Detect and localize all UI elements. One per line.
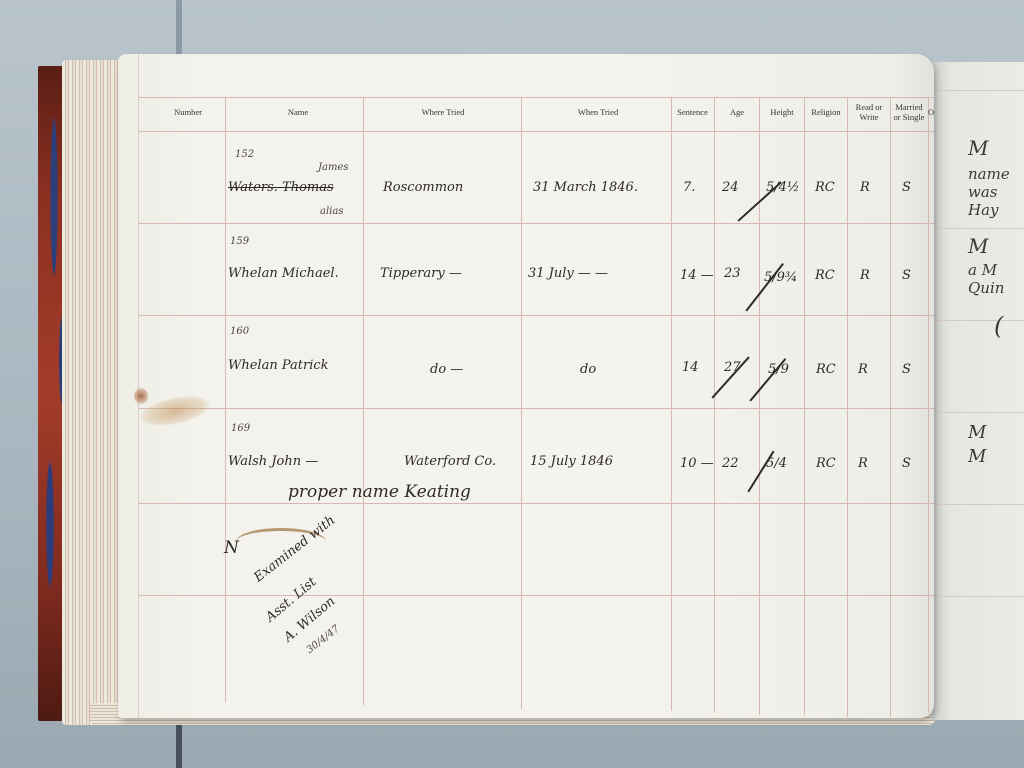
- header-religion: Religion: [805, 107, 847, 117]
- facing-text: M: [968, 140, 988, 157]
- name-correction: James: [318, 162, 349, 173]
- entry-name: Whelan Michael.: [228, 266, 339, 281]
- col-rule: [363, 97, 364, 705]
- entry-read-write: R: [858, 362, 868, 377]
- entry-where-tried: Roscommon: [383, 180, 463, 195]
- facing-rule: [932, 504, 1024, 505]
- entry-name: Walsh John —: [228, 454, 318, 469]
- facing-rule: [932, 90, 1024, 91]
- entry-number: 152: [235, 149, 254, 160]
- entry-religion: RC: [816, 456, 836, 471]
- table-seam-dark: [176, 720, 182, 768]
- entry-where-tried: do —: [430, 362, 463, 377]
- header-name: Name: [248, 107, 348, 117]
- entry-number: 159: [230, 236, 249, 247]
- alias-annotation: proper name Keating: [288, 482, 471, 502]
- entry-sentence: 14 —: [680, 268, 714, 283]
- rule-header-bottom: [138, 131, 934, 132]
- entry-married-single: S: [902, 180, 911, 195]
- col-rule: [804, 97, 805, 715]
- entry-read-write: R: [860, 180, 870, 195]
- facing-text: a M: [968, 262, 997, 279]
- rule-row: [138, 595, 934, 596]
- header-when-tried: When Tried: [538, 107, 658, 117]
- rule-row: [138, 503, 934, 504]
- facing-text: Quin: [968, 280, 1004, 297]
- header-age: Age: [715, 107, 759, 117]
- header-height: Height: [760, 107, 804, 117]
- facing-rule: [932, 228, 1024, 229]
- entry-where-tried: Tipperary —: [380, 266, 462, 281]
- entry-age: 22: [722, 456, 739, 471]
- col-rule: [225, 97, 226, 702]
- col-rule: [714, 97, 715, 713]
- facing-text: was: [968, 184, 997, 201]
- entry-age: 23: [724, 266, 741, 281]
- facing-text: M: [968, 424, 986, 441]
- stain: [134, 388, 148, 404]
- entry-read-write: R: [860, 268, 870, 283]
- facing-text: Hay: [968, 202, 999, 219]
- facing-text: M: [968, 238, 988, 255]
- col-rule: [521, 97, 522, 709]
- entry-age: 24: [722, 180, 739, 195]
- entry-name: Whelan Patrick: [228, 358, 329, 373]
- entry-height: 5/4½: [766, 180, 800, 195]
- entry-married-single: S: [902, 268, 911, 283]
- entry-sentence: 14: [682, 360, 699, 375]
- entry-when-tried: 15 July 1846: [530, 454, 613, 469]
- col-rule: [928, 97, 929, 713]
- entry-when-tried: do: [580, 362, 596, 377]
- entry-name-text: Waters. Thomas: [228, 180, 334, 195]
- header-number: Number: [158, 107, 218, 117]
- entry-where-tried: Waterford Co.: [404, 454, 496, 469]
- rule-row: [138, 315, 934, 316]
- entry-number: 160: [230, 326, 249, 337]
- footer-mark: N: [224, 538, 239, 558]
- rule-row: [138, 408, 934, 409]
- header-married-single: Married or Single: [891, 102, 927, 122]
- entry-married-single: S: [902, 362, 911, 377]
- entry-religion: RC: [815, 268, 835, 283]
- entry-number: 169: [231, 423, 250, 434]
- entry-read-write: R: [858, 456, 868, 471]
- facing-rule: [932, 412, 1024, 413]
- name-alias-note: alias: [320, 206, 343, 217]
- rule-top: [138, 97, 934, 98]
- facing-page: M name was Hay M a M Quin ( M M: [932, 62, 1024, 720]
- entry-when-tried: 31 July — —: [528, 266, 608, 281]
- entry-religion: RC: [816, 362, 836, 377]
- entry-religion: RC: [815, 180, 835, 195]
- col-rule: [759, 97, 760, 715]
- rule-row: [138, 223, 934, 224]
- col-rule: [890, 97, 891, 717]
- header-where-tried: Where Tried: [388, 107, 498, 117]
- col-rule: [671, 97, 672, 711]
- header-sentence: Sentence: [671, 107, 714, 117]
- entry-sentence: 10 —: [680, 456, 714, 471]
- entry-name: Waters. Thomas: [228, 180, 334, 195]
- facing-rule: [932, 320, 1024, 321]
- facing-rule: [932, 596, 1024, 597]
- facing-text: name: [968, 166, 1010, 183]
- header-read-write: Read or Write: [849, 102, 889, 122]
- entry-sentence: 7.: [683, 180, 695, 195]
- entry-when-tried: 31 March 1846.: [533, 180, 638, 195]
- header-other: O: [928, 107, 934, 117]
- entry-height: 5/9¾: [764, 270, 798, 285]
- facing-text: M: [968, 448, 986, 465]
- ledger-page: Number Name Where Tried When Tried Sente…: [118, 54, 934, 718]
- entry-married-single: S: [902, 456, 911, 471]
- facing-text: (: [994, 318, 1003, 335]
- col-rule: [847, 97, 848, 717]
